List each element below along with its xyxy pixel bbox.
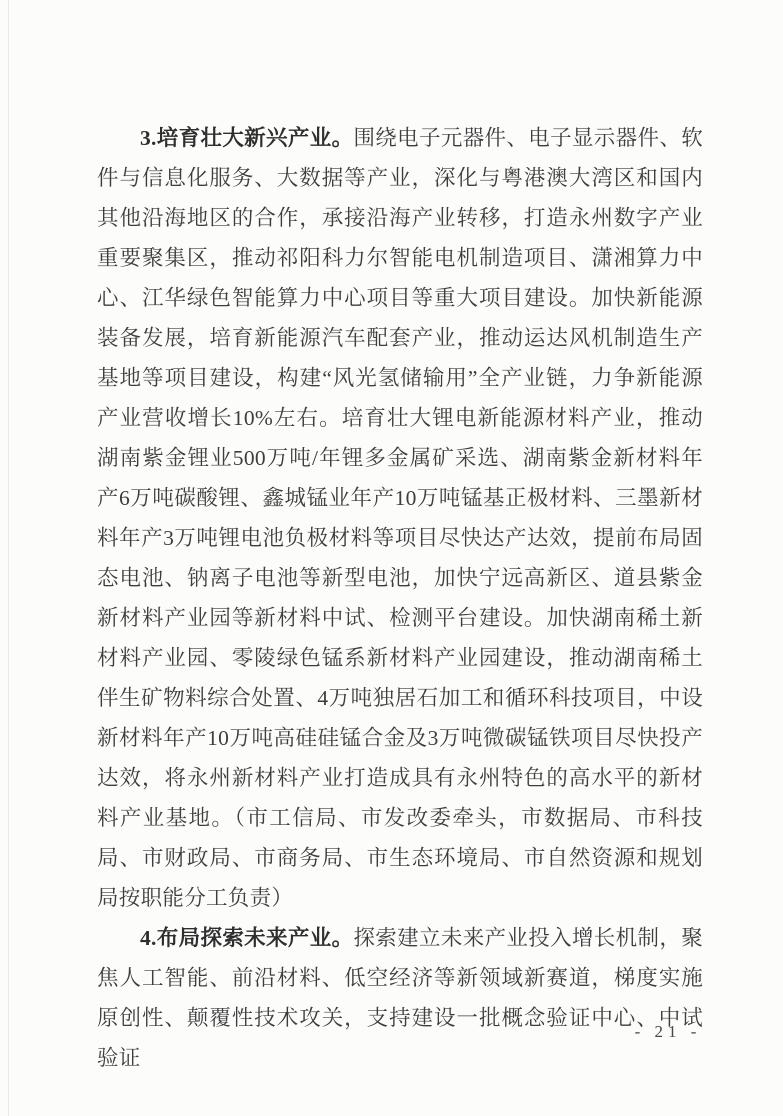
paragraph-3-heading: 3.培育壮大新兴产业。 (140, 126, 353, 150)
scanned-document-page: { "page": { "background_color": "#fcfcfb… (0, 0, 783, 1116)
paragraph-4-heading: 4.布局探索未来产业。 (140, 926, 353, 950)
paragraph-3: 3.培育壮大新兴产业。围绕电子元器件、电子显示器件、软件与信息化服务、大数据等产… (97, 118, 703, 918)
paragraph-4: 4.布局探索未来产业。探索建立未来产业投入增长机制，聚焦人工智能、前沿材料、低空… (97, 918, 703, 1078)
scan-edge-artifact (8, 0, 9, 1116)
paragraph-3-text: 围绕电子元器件、电子显示器件、软件与信息化服务、大数据等产业，深化与粤港澳大湾区… (97, 126, 703, 910)
document-body: 3.培育壮大新兴产业。围绕电子元器件、电子显示器件、软件与信息化服务、大数据等产… (97, 118, 703, 1078)
page-number: - 21 - (628, 1022, 708, 1042)
